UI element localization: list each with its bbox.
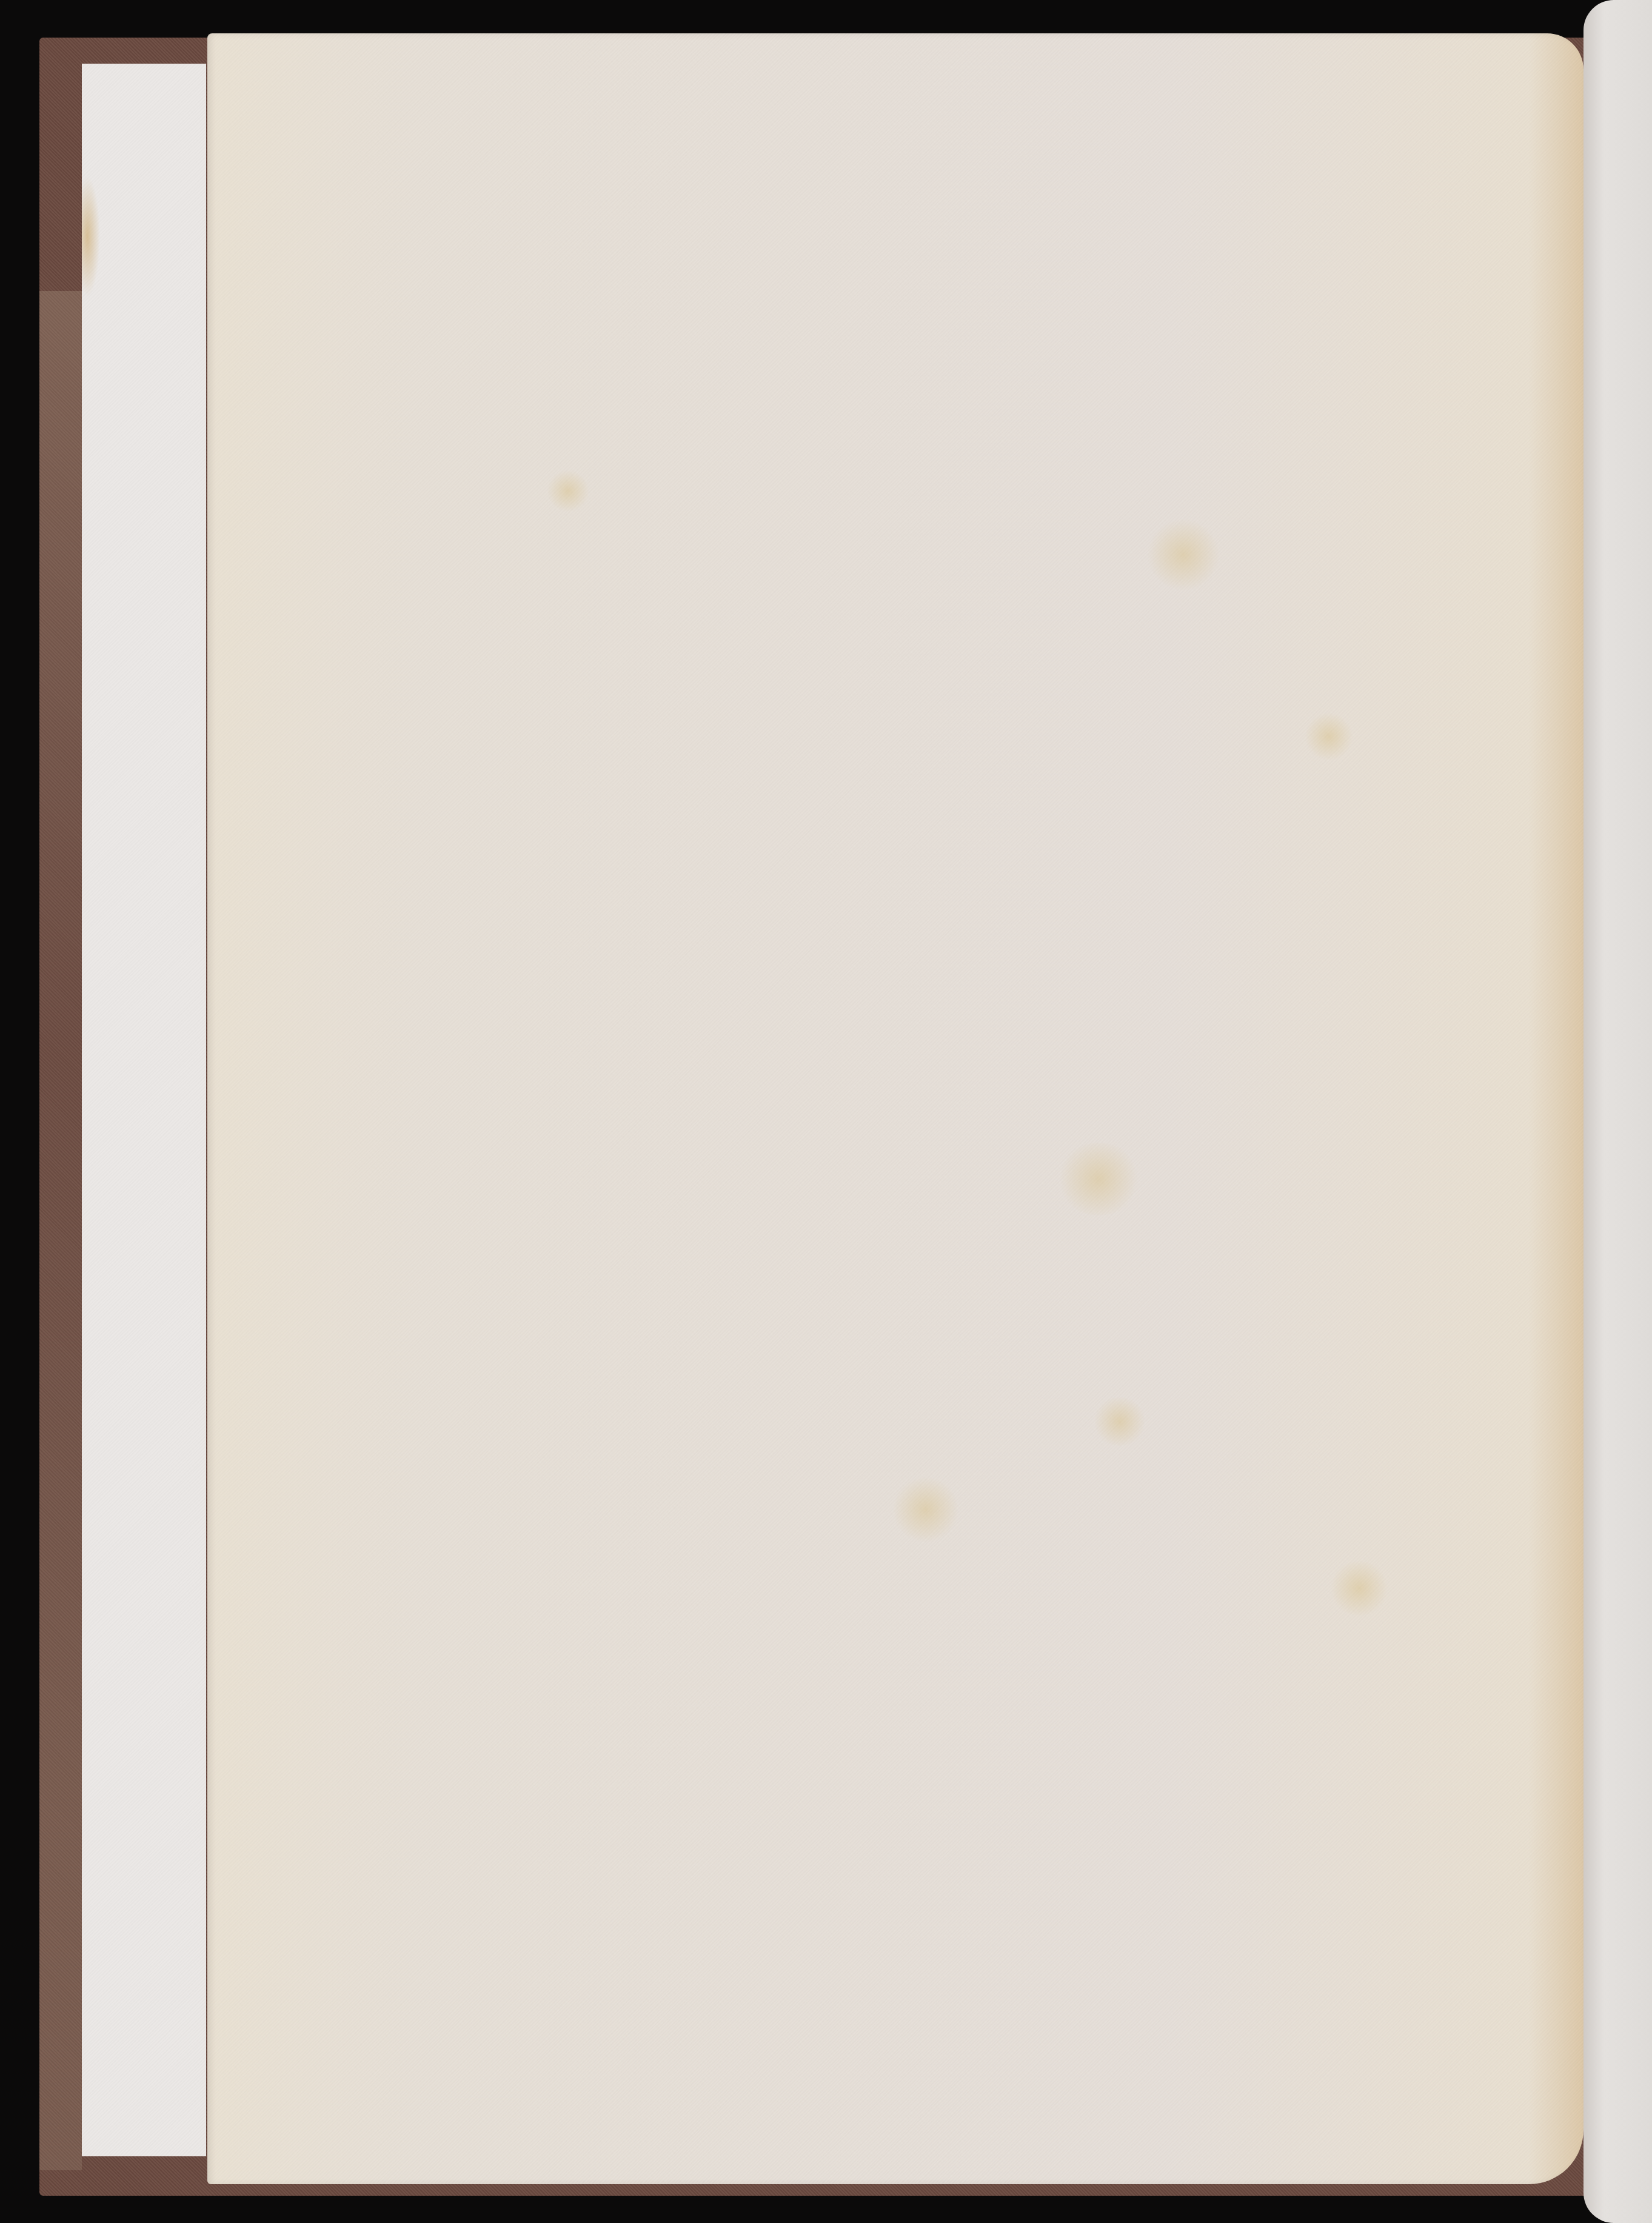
blank-book-page bbox=[207, 33, 1583, 2184]
endpaper-strip bbox=[82, 64, 206, 2156]
endpaper-stain bbox=[82, 176, 100, 297]
page-stack-edge bbox=[1583, 0, 1652, 2223]
foxing-spot bbox=[892, 1476, 959, 1543]
cover-wear-mark bbox=[39, 291, 82, 2170]
foxing-spot bbox=[547, 470, 589, 512]
foxing-spot bbox=[1329, 1561, 1389, 1616]
foxing-spot bbox=[1147, 518, 1220, 591]
foxing-spot bbox=[1056, 1143, 1141, 1215]
foxing-spot bbox=[1305, 712, 1353, 761]
foxing-spot bbox=[1092, 1397, 1147, 1446]
